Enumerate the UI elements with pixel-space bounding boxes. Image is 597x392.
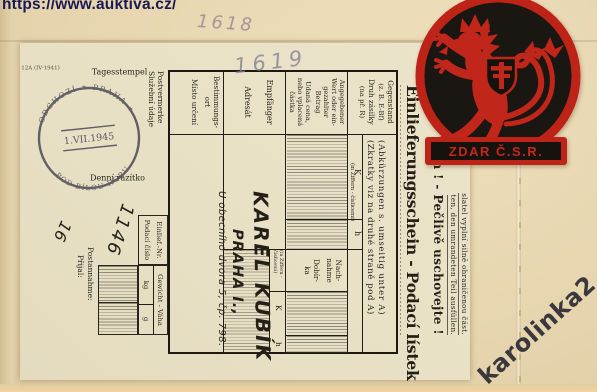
abbrev-note-cs: (Zkratky viz na druhé straně pod A) bbox=[365, 140, 375, 315]
postmark-stamp: ODCHOZÍ ✶ PRAHA ✶ POD BÍLOU HORU 1.VII.1… bbox=[29, 78, 150, 199]
row2-l5: Udaná cena, bbox=[303, 71, 311, 133]
ziffern-caption: (in Ziffern - číslicemi) bbox=[349, 135, 355, 249]
postvermerke-label: Postvermerke bbox=[156, 71, 165, 124]
cod-l3: Dobír- bbox=[311, 250, 320, 291]
einlief-nr-label: Einlief.-Nr. bbox=[155, 216, 163, 264]
row2-l6: nebo vplacená bbox=[295, 71, 303, 133]
banner-text: ZDAR Č.S.R. bbox=[449, 144, 544, 159]
pencil-number-1618: 1618 bbox=[196, 11, 255, 36]
row2-l4: Betrag bbox=[313, 71, 321, 133]
weight-cell-kg bbox=[98, 265, 138, 303]
bestimmungsort-label-2: ort bbox=[202, 71, 211, 133]
number-box: Einlief.-Nr. Podací číslo bbox=[138, 215, 168, 265]
cod-h-header: h bbox=[274, 342, 283, 347]
svg-text:POD BÍLOU HORU: POD BÍLOU HORU bbox=[53, 163, 133, 196]
envelope-left-edge bbox=[0, 0, 16, 392]
fine-print-rule bbox=[400, 85, 401, 335]
weight-cell-g bbox=[98, 302, 138, 335]
postmark-ring-bottom-text: POD BÍLOU HORU bbox=[53, 163, 133, 196]
row2-l7: částka bbox=[287, 71, 295, 133]
row1-label-de2: (z. B. E-Bf) bbox=[377, 71, 385, 133]
adresat-label: Adresát bbox=[242, 71, 252, 133]
gewicht-vaha-label: Gewicht - Váha bbox=[156, 266, 164, 334]
row1-label-cs2: (na př. R) bbox=[358, 71, 366, 133]
pencil-scribble-2: 16 bbox=[50, 218, 76, 244]
cod-l2: nahme bbox=[324, 250, 333, 291]
weight-box: Gewicht - Váha kg g bbox=[138, 265, 168, 335]
misto-urceni-label: Místo určení bbox=[189, 71, 198, 133]
sluzebni-udaje-label: Služební údaje bbox=[147, 71, 156, 127]
amount-cell-k bbox=[287, 135, 347, 219]
row2-l1: Angegebener bbox=[337, 71, 345, 133]
podaci-listek-form: slatel vyplní silně ohraničenou část. te… bbox=[20, 43, 470, 380]
bestimmungsort-label-1: Bestimmungs- bbox=[211, 71, 220, 133]
postmark-date: 1.VII.1945 bbox=[63, 131, 115, 147]
amount-cell-h bbox=[287, 220, 347, 249]
row2-l2: Wert oder ein- bbox=[329, 71, 337, 133]
postmark-ring-top-text: ODCHOZÍ ✶ PRAHA ✶ bbox=[33, 78, 137, 125]
handwritten-street: U obecního dvora 5, čp. 798. bbox=[216, 191, 227, 347]
kg-label: kg bbox=[142, 266, 150, 304]
postannahme-label: Postannahme: bbox=[86, 247, 95, 301]
handwritten-city: PRAHA I., bbox=[229, 229, 245, 316]
cod-l1: Nach- bbox=[333, 250, 342, 291]
auction-site-url: https://www.auktiva.cz/ bbox=[2, 0, 177, 14]
scanned-postal-receipt: slatel vyplní silně ohraničenou část. te… bbox=[0, 0, 597, 392]
instruction-german: ten, den umrandeten Teil ausfüllen. bbox=[447, 195, 458, 335]
seller-watermark: karolinka2 bbox=[464, 263, 597, 392]
form-code: 12A (IV-1941) bbox=[11, 66, 71, 75]
podaci-cislo-label: Podací číslo bbox=[143, 216, 151, 264]
envelope-bottom-edge bbox=[0, 384, 597, 392]
pencil-scribble-1: 1146 bbox=[101, 201, 138, 259]
empfaenger-label: Empfänger bbox=[264, 71, 274, 133]
abbrev-note-de: (Abkürzungen s. umseitig unter A) bbox=[376, 140, 386, 315]
instruction-czech: slatel vyplní silně ohraničenou část. bbox=[458, 193, 469, 335]
svg-text:ODCHOZÍ ✶ PRAHA ✶: ODCHOZÍ ✶ PRAHA ✶ bbox=[33, 78, 137, 125]
cod-k-header: K bbox=[274, 305, 283, 311]
handwritten-name: KAREL KUBÍK bbox=[249, 191, 276, 362]
prijal-label: Přijal: bbox=[76, 255, 85, 278]
g-label: g bbox=[142, 304, 150, 334]
cod-cell-k bbox=[287, 292, 347, 335]
cod-l4: ka bbox=[302, 250, 311, 291]
cod-cell-h bbox=[287, 336, 347, 354]
tagesstempel-label: Tagesstempel bbox=[84, 68, 156, 79]
row1-label-de1: Gegenstand bbox=[385, 71, 394, 133]
lion-emblem-sticker: ZDAR Č.S.R. bbox=[406, 0, 586, 170]
row2-l3: gezahlter bbox=[321, 71, 329, 133]
row1-label-cs1: Druh zásilky bbox=[366, 71, 375, 133]
